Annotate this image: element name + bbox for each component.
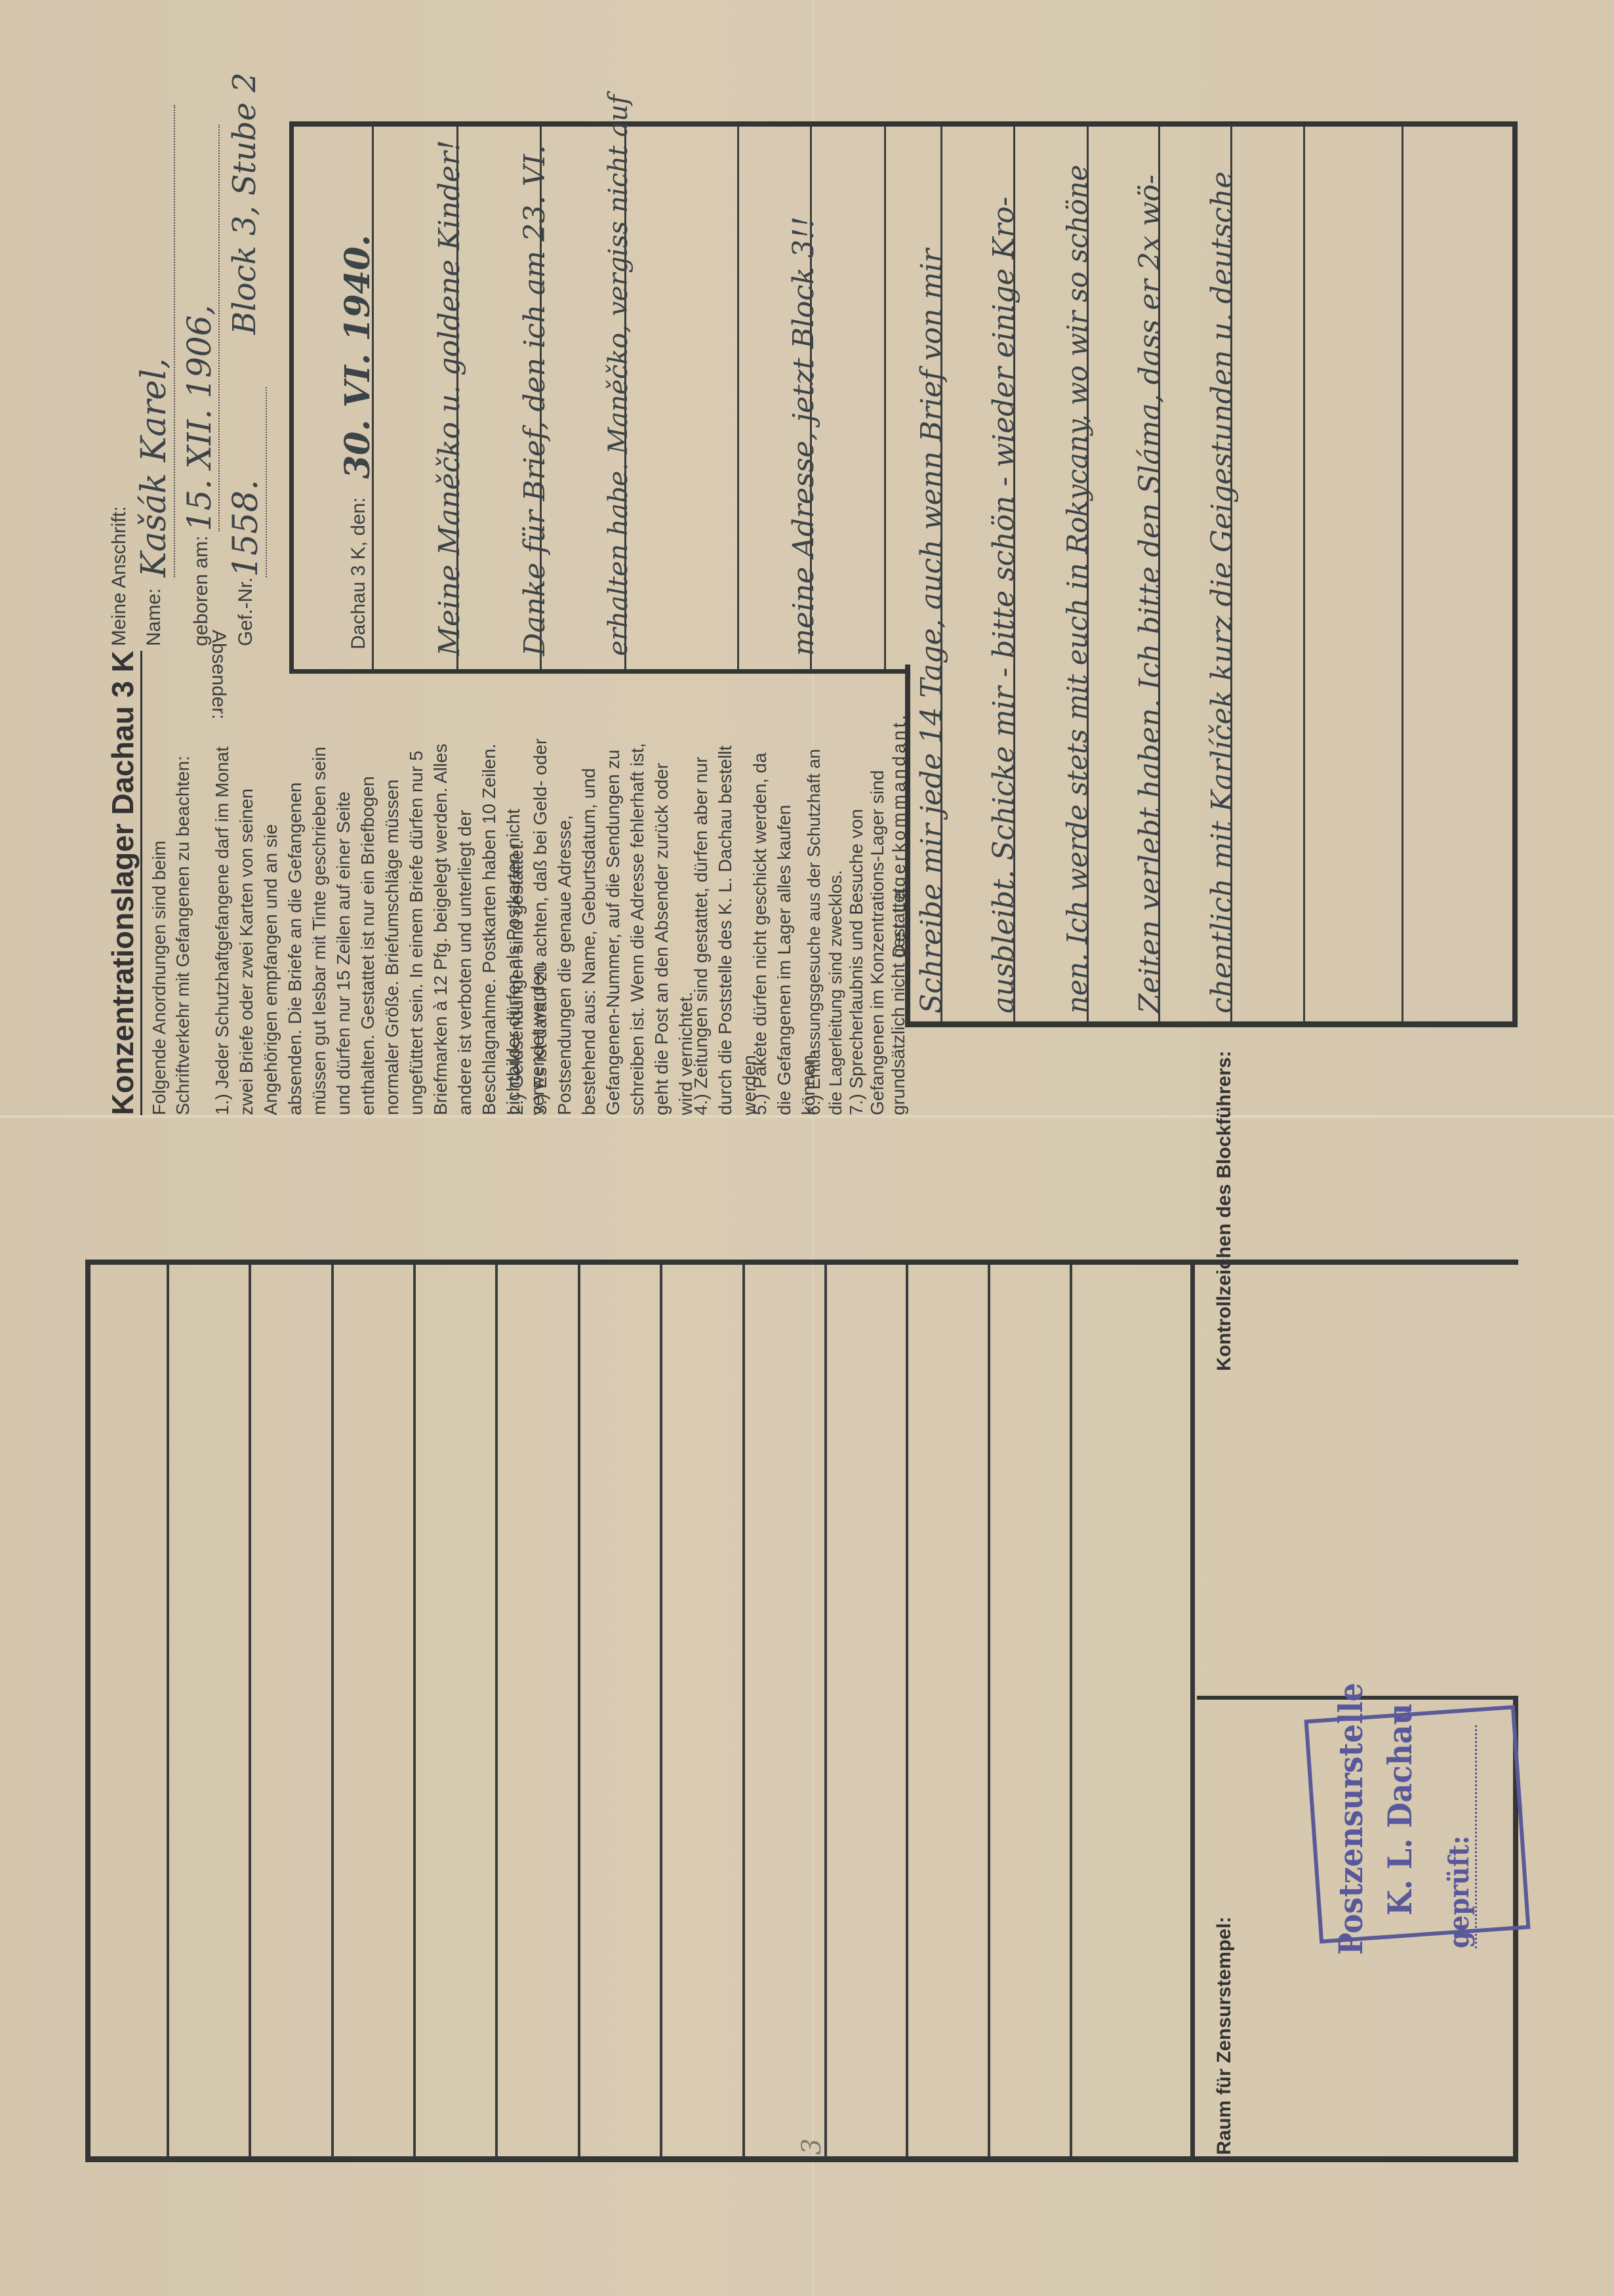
absender-label: Absender:: [207, 630, 230, 720]
letter-line: Meine Maněčko u. goldene Kinder!: [433, 140, 466, 656]
letter-frame-right: [1512, 121, 1518, 1027]
letter-line: meine Adresse, jetzt Block 3!!: [787, 216, 820, 656]
letter-line: erhalten habe. Maněčko, vergiss nicht au…: [603, 94, 634, 656]
writing-line: [1070, 1265, 1072, 2157]
place-label: Dachau 3 K, den:: [348, 497, 370, 649]
letter-line: chentlich mit Karlíček kurz die Geigestu…: [1205, 171, 1239, 1014]
writing-line: [249, 1265, 251, 2157]
writing-line: [824, 1265, 827, 2157]
reply-frame-top: [85, 1260, 1518, 1265]
rule-1: 1.) Jeder Schutzhaftgefangene darf im Mo…: [210, 735, 550, 1115]
letter-line: Schreibe mir jede 14 Tage, auch wenn Bri…: [915, 249, 948, 1014]
letter-line: Danke für Brief, den ich am 23. VI.: [518, 145, 552, 656]
pencil-mark: 3: [797, 2139, 827, 2155]
name-value: Kašák Karel,: [134, 105, 175, 577]
stamp-line-1: Postzensurstelle: [1331, 1683, 1370, 1955]
censor-label: Raum für Zensurstempel:: [1213, 1917, 1236, 2155]
letter-frame-top: [289, 121, 1517, 127]
writing-line: [1303, 127, 1305, 1022]
reply-divider: [1190, 1260, 1195, 2162]
number-value: 1558.: [226, 387, 267, 577]
letter-frame-left: [289, 121, 294, 674]
signature: Der Lagerkommandant.: [889, 712, 910, 958]
letter-frame-bottom: [905, 1021, 1518, 1027]
block-value: Block 3, Stube 2: [226, 72, 263, 335]
writing-line: [660, 1265, 662, 2157]
fold-line: [0, 1115, 1614, 1118]
writing-line: [578, 1265, 580, 2157]
writing-line: [167, 1265, 169, 2157]
intro-text: Folgende Anordnungen sind beim Schriftve…: [148, 735, 195, 1115]
reply-frame-left: [85, 1260, 91, 2162]
writing-line: [884, 127, 886, 669]
writing-line: [737, 127, 739, 669]
rule-3: 3.) Es ist darauf zu achten, daß bei Gel…: [528, 735, 698, 1115]
name-label: Name:: [143, 588, 165, 646]
writing-line: [331, 1265, 334, 2157]
form-title: Konzentrationslager Dachau 3 K: [105, 651, 142, 1115]
writing-line: [495, 1265, 498, 2157]
stamp-line-3: geprüft:: [1443, 1725, 1477, 1948]
number-label: Gef.-Nr.: [235, 577, 257, 646]
writing-line: [1402, 127, 1403, 1022]
control-label: Kontrollzeichen des Blockführers:: [1213, 1051, 1236, 1371]
born-value: 15. XII. 1906,: [180, 125, 220, 531]
letter-line: ausbleibt. Schicke mir - bitte schön - w…: [987, 197, 1020, 1014]
reply-frame-bottom: [85, 2156, 1518, 2162]
writing-line: [742, 1265, 745, 2157]
writing-line: [906, 1265, 908, 2157]
stamp-line-2: K. L. Dachau: [1381, 1704, 1419, 1916]
letter-frame-inner: [289, 669, 909, 674]
writing-line: [413, 1265, 416, 2157]
writing-line: [988, 1265, 990, 2157]
sender-heading: Meine Anschrift:: [108, 506, 131, 646]
letter-date: 30. VI. 1940.: [338, 235, 378, 479]
rule-2: 2.) Geldsendungen sind gestattet.: [505, 735, 529, 1115]
letter-line: nen. Ich werde stets mit euch in Rokycan…: [1061, 165, 1093, 1014]
rule-6: 6.) Entlassungsgesuche aus der Schutzhaf…: [803, 735, 847, 1115]
letter-line: Zeiten verlebt haben. Ich bitte den Slám…: [1133, 174, 1167, 1014]
